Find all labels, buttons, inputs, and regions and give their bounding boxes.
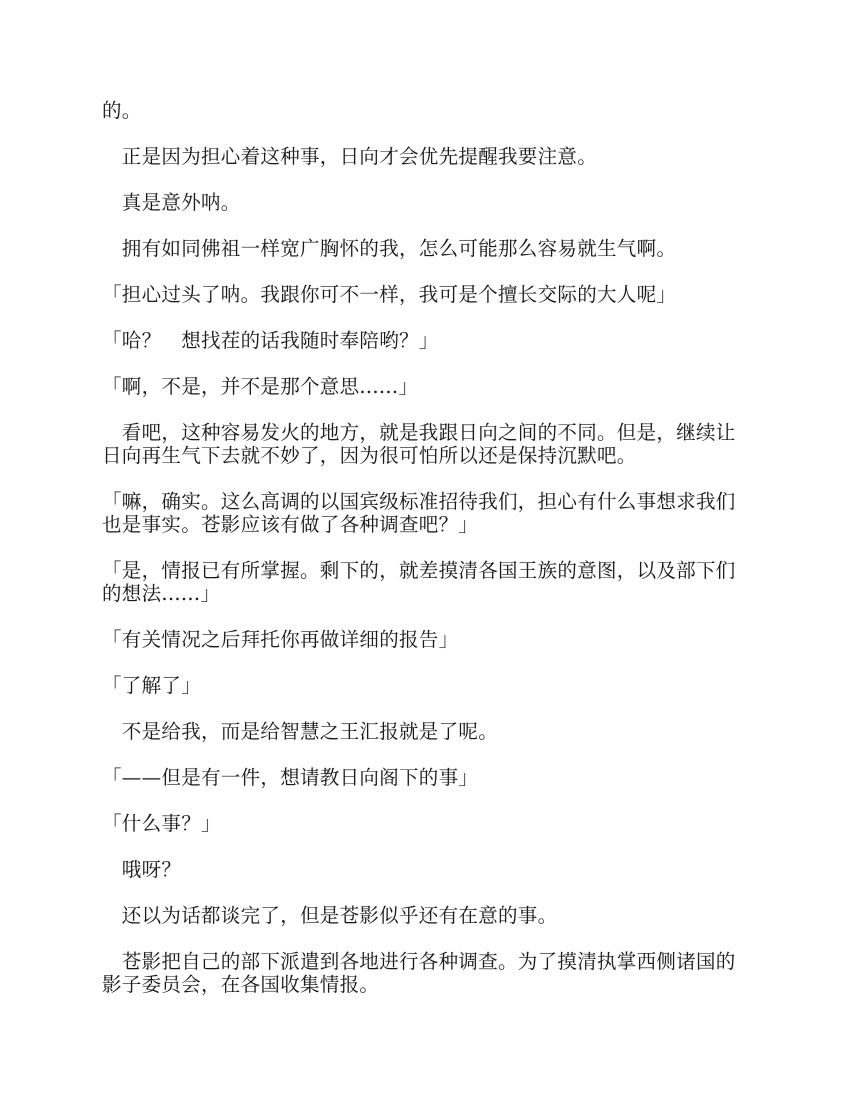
dialogue-line: 「担心过头了呐。我跟你可不一样，我可是个擅长交际的大人呢」 <box>102 283 748 306</box>
paragraph: 的。 <box>102 99 748 122</box>
document-page: 的。 正是因为担心着这种事，日向才会优先提醒我要注意。 真是意外呐。 拥有如同佛… <box>102 99 748 1019</box>
paragraph: 苍影把自己的部下派遣到各地进行各种调查。为了摸清执掌西侧诸国的影子委员会，在各国… <box>102 950 748 996</box>
dialogue-line: 「什么事？」 <box>102 812 748 835</box>
dialogue-line: 「啊，不是，并不是那个意思......」 <box>102 375 748 398</box>
paragraph: 不是给我，而是给智慧之王汇报就是了呢。 <box>102 720 748 743</box>
paragraph: 正是因为担心着这种事，日向才会优先提醒我要注意。 <box>102 145 748 168</box>
paragraph: 真是意外呐。 <box>102 191 748 214</box>
dialogue-line: 「了解了」 <box>102 674 748 697</box>
paragraph: 还以为话都谈完了，但是苍影似乎还有在意的事。 <box>102 904 748 927</box>
dialogue-line: 「哈？ 想找茬的话我随时奉陪哟？」 <box>102 329 748 352</box>
paragraph: 看吧，这种容易发火的地方，就是我跟日向之间的不同。但是，继续让日向再生气下去就不… <box>102 421 748 467</box>
paragraph: 拥有如同佛祖一样宽广胸怀的我，怎么可能那么容易就生气啊。 <box>102 237 748 260</box>
dialogue-line: 「是，情报已有所掌握。剩下的，就差摸清各国王族的意图，以及部下们的想法.....… <box>102 559 748 605</box>
paragraph: 哦呀？ <box>102 858 748 881</box>
dialogue-line: 「嘛，确实。这么高调的以国宾级标准招待我们，担心有什么事想求我们也是事实。苍影应… <box>102 490 748 536</box>
dialogue-line: 「——但是有一件，想请教日向阁下的事」 <box>102 766 748 789</box>
dialogue-line: 「有关情况之后拜托你再做详细的报告」 <box>102 628 748 651</box>
